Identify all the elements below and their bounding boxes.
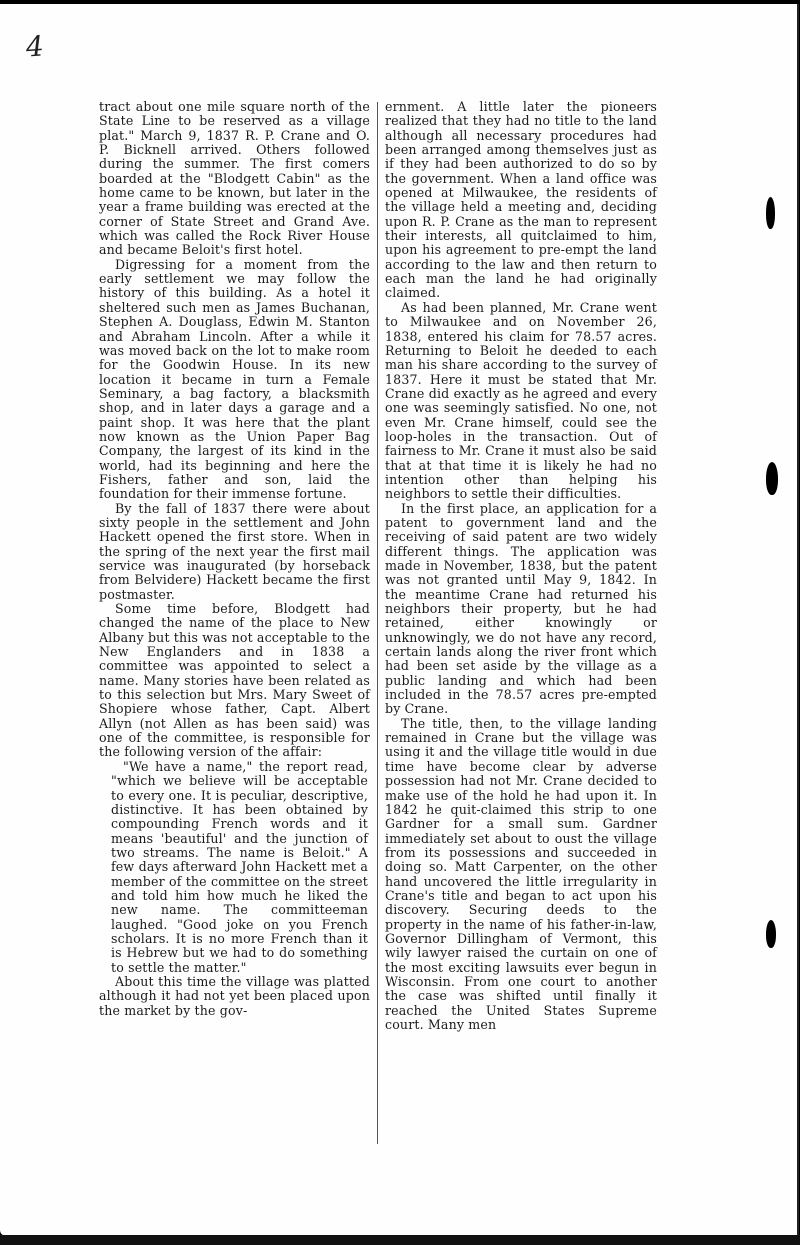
- paragraph: In the first place, an application for a…: [385, 502, 657, 717]
- left-column: tract about one mile square north of the…: [99, 100, 370, 1018]
- paragraph: Digressing for a moment from the early s…: [99, 258, 370, 502]
- newspaper-clipping-page: 4 tract about one mile square north of t…: [0, 4, 799, 1236]
- paragraph: Some time before, Blodgett had changed t…: [99, 602, 370, 760]
- quoted-paragraph: "We have a name," the report read, "whic…: [111, 760, 368, 975]
- handwritten-page-number: 4: [25, 29, 45, 63]
- paragraph: As had been planned, Mr. Crane went to M…: [385, 301, 657, 502]
- right-column: ernment. A little later the pioneers rea…: [385, 100, 657, 1032]
- ink-blot-mark: [766, 462, 778, 495]
- ink-blot-mark: [766, 197, 775, 229]
- paragraph: tract about one mile square north of the…: [99, 100, 370, 258]
- ink-blot-mark: [766, 920, 776, 948]
- paragraph: ernment. A little later the pioneers rea…: [385, 100, 657, 301]
- paragraph: About this time the village was platted …: [99, 975, 370, 1018]
- scan-border: [0, 1235, 800, 1245]
- paragraph: By the fall of 1837 there were about six…: [99, 502, 370, 602]
- column-divider: [377, 102, 378, 1144]
- paragraph: The title, then, to the village landing …: [385, 717, 657, 1033]
